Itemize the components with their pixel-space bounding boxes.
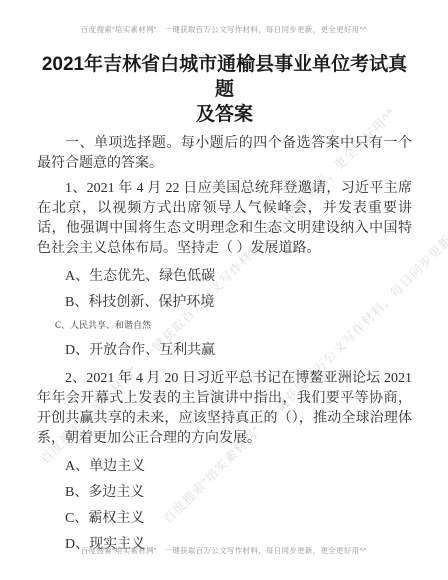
question-1-text: 1、2021 年 4 月 22 日应美国总统拜登邀请，习近平主席在北京，以视频方… [37, 179, 412, 259]
section-heading: 一、单项选择题。每小题后的四个备选答案中只有一个最符合题意的答案。 [37, 134, 412, 174]
promo-note-top: 百度搜索“培实素材网” 一键获取百万公文写作材料，每日同步更新，更全更好用^^ [0, 24, 448, 35]
question-1-option-c: C、人民共享、和谐自然 [37, 319, 412, 332]
question-1-option-d: D、开放合作、互利共赢 [37, 341, 412, 360]
document-content: 2021年吉林省白城市通榆县事业单位考试真题 及答案 一、单项选择题。每小题后的… [37, 52, 412, 563]
question-2-option-c: C、霸权主义 [37, 509, 412, 528]
question-2-options: A、单边主义 B、多边主义 C、霸权主义 D、现实主义 [37, 457, 412, 554]
document-title: 2021年吉林省白城市通榆县事业单位考试真题 及答案 [37, 52, 412, 127]
question-1-option-b: B、科技创新、保护环境 [37, 293, 412, 312]
question-2-text: 2、2021 年 4 月 20 日习近平总书记在博鳌亚洲论坛 2021 年年会开… [37, 369, 412, 449]
question-1-option-a: A、生态优先、绿色低碳 [37, 267, 412, 286]
title-line-1: 2021年吉林省白城市通榆县事业单位考试真题 [37, 52, 412, 102]
question-2-option-a: A、单边主义 [37, 457, 412, 476]
promo-note-bottom: 百度搜索“培实素材网” 一键获取百万公文写作材料，每日同步更新，更全更好用^^ [0, 545, 448, 556]
title-line-2: 及答案 [37, 102, 412, 127]
document-page: 百度搜索“培实素材网” 一键获取百万公文写作材料，每日同步更新，更全更好用^^ … [0, 0, 448, 580]
question-1-options: A、生态优先、绿色低碳 B、科技创新、保护环境 C、人民共享、和谐自然 D、开放… [37, 267, 412, 360]
question-2-option-b: B、多边主义 [37, 483, 412, 502]
